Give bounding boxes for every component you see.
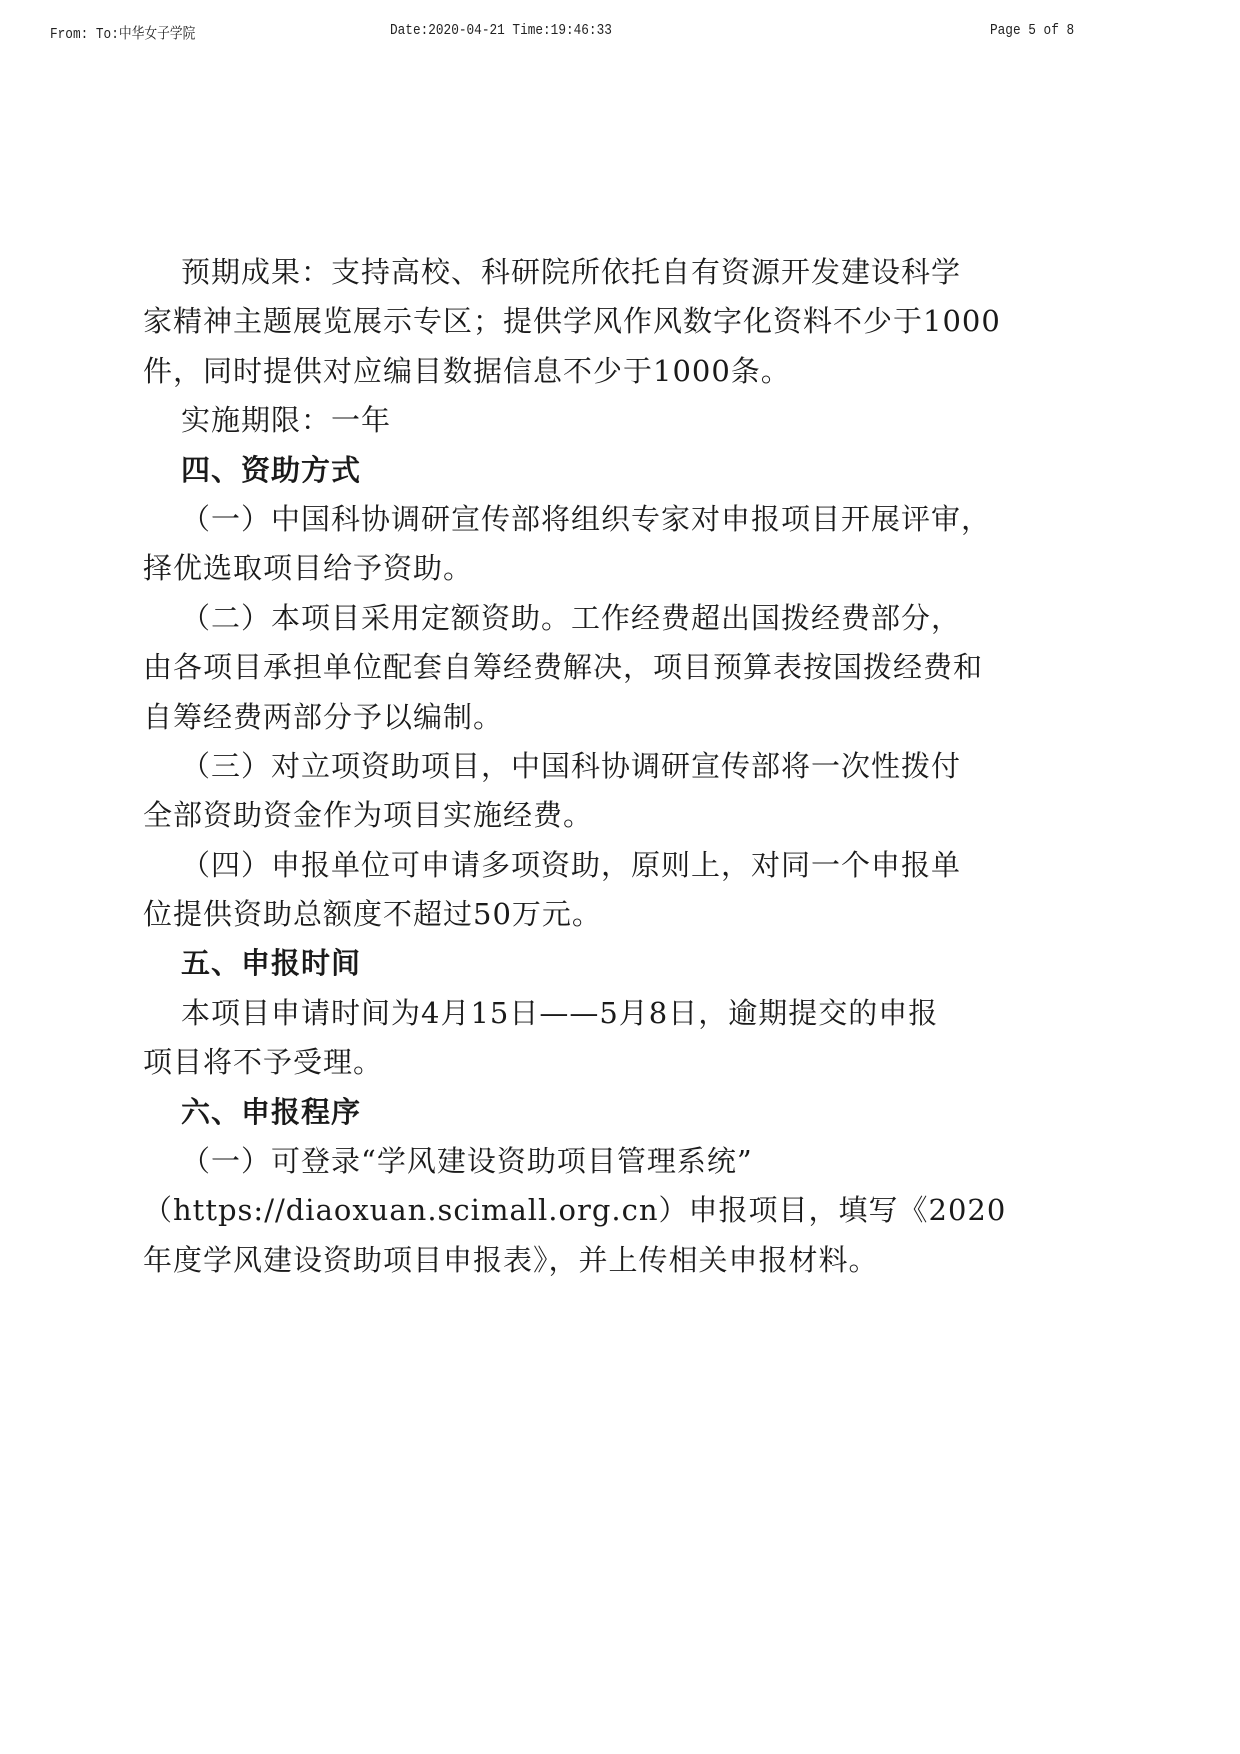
section-heading-funding-method: 四、资助方式: [143, 446, 1033, 495]
line-application-time-cont: 项目将不予受理。: [143, 1038, 1033, 1087]
section-heading-application-procedure: 六、申报程序: [143, 1088, 1033, 1137]
line-procedure-url[interactable]: （https://diaoxuan.scimall.org.cn）申报项目，填写…: [143, 1186, 1033, 1235]
line-procedure-item-1: （一）可登录“学风建设资助项目管理系统”: [143, 1137, 1033, 1186]
line-funding-item-3: （三）对立项资助项目，中国科协调研宣传部将一次性拨付: [143, 742, 1033, 791]
line-procedure-item-1-cont: 年度学风建设资助项目申报表》，并上传相关申报材料。: [143, 1236, 1033, 1285]
line-expected-results: 预期成果：支持高校、科研院所依托自有资源开发建设科学: [143, 248, 1033, 297]
fax-date-time: Date:2020-04-21 Time:19:46:33: [390, 22, 612, 39]
line-funding-item-1: （一）中国科协调研宣传部将组织专家对申报项目开展评审，: [143, 495, 1033, 544]
fax-page-number: Page 5 of 8: [990, 22, 1074, 39]
line-funding-item-1-cont: 择优选取项目给予资助。: [143, 544, 1033, 593]
line-expected-results-cont-1: 家精神主题展览展示专区；提供学风作风数字化资料不少于1000: [143, 297, 1033, 346]
line-funding-item-2-cont-1: 由各项目承担单位配套自筹经费解决，项目预算表按国拨经费和: [143, 643, 1033, 692]
section-heading-application-time: 五、申报时间: [143, 939, 1033, 988]
line-funding-item-3-cont: 全部资助资金作为项目实施经费。: [143, 791, 1033, 840]
line-funding-item-2-cont-2: 自筹经费两部分予以编制。: [143, 693, 1033, 742]
line-funding-item-2: （二）本项目采用定额资助。工作经费超出国拨经费部分，: [143, 594, 1033, 643]
document-body: 预期成果：支持高校、科研院所依托自有资源开发建设科学 家精神主题展览展示专区；提…: [143, 248, 1033, 1285]
line-funding-item-4: （四）申报单位可申请多项资助，原则上，对同一个申报单: [143, 841, 1033, 890]
line-expected-results-cont-2: 件，同时提供对应编目数据信息不少于1000条。: [143, 347, 1033, 396]
line-funding-item-4-cont: 位提供资助总额度不超过50万元。: [143, 890, 1033, 939]
fax-from-to: From: To:中华女子学院: [50, 22, 195, 43]
line-implementation-period: 实施期限：一年: [143, 396, 1033, 445]
line-application-time: 本项目申请时间为4月15日——5月8日，逾期提交的申报: [143, 989, 1033, 1038]
fax-header: From: To:中华女子学院 Date:2020-04-21 Time:19:…: [0, 22, 1240, 46]
